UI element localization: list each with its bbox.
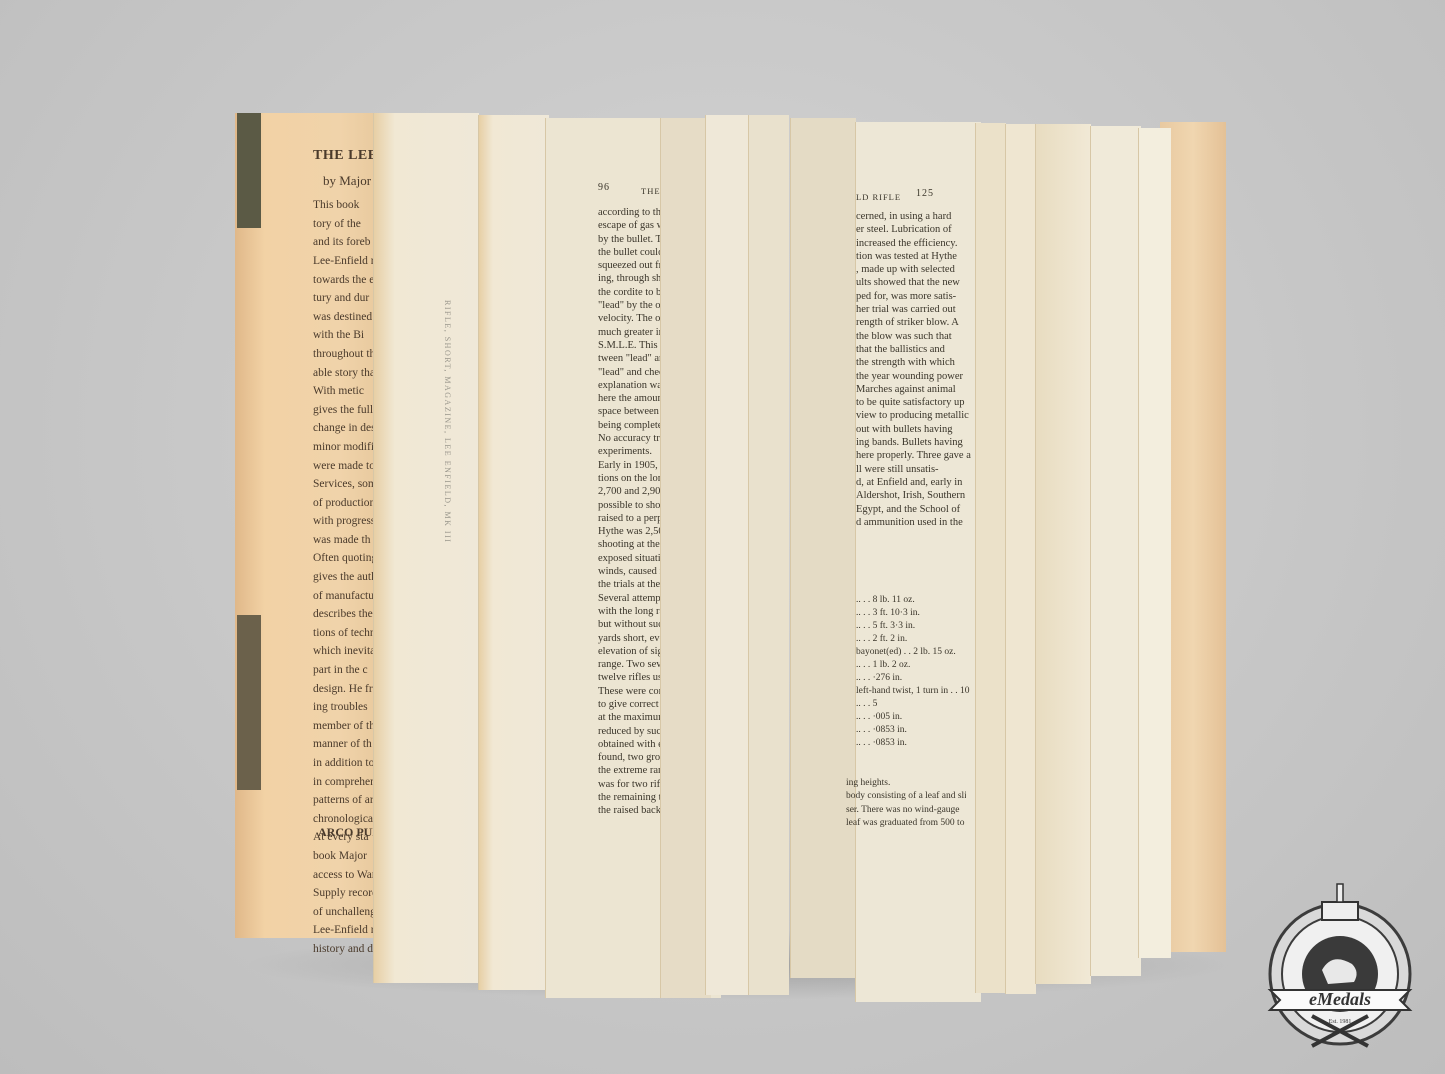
jacket-edge-dark-bottom <box>237 615 261 790</box>
text-line: d ammunition used in the <box>856 516 971 529</box>
spec-table: .. . . 8 lb. 11 oz... . . 3 ft. 10·3 in.… <box>856 594 971 774</box>
page-stack-right-1 <box>975 123 1006 993</box>
text-line: .. . . ·276 in. <box>856 672 971 685</box>
text-line: tion was tested at Hythe <box>856 250 971 263</box>
right-page-text: cerned, in using a harder steel. Lubrica… <box>856 210 971 555</box>
right-page: LD RIFLE 125 cerned, in using a harder s… <box>855 122 981 1002</box>
endpaper-left <box>373 113 479 983</box>
page-stack-right-3 <box>1035 124 1091 984</box>
text-line: out with bullets having <box>856 423 971 436</box>
text-line: .. . . 5 <box>856 698 971 711</box>
page-stack-left <box>478 115 549 990</box>
page-stack-right-5 <box>1138 128 1171 958</box>
text-line: the year wounding power <box>856 370 971 383</box>
text-line: increased the efficiency. <box>856 237 971 250</box>
right-page-number: 125 <box>916 188 934 199</box>
text-line: .. . . ·005 in. <box>856 711 971 724</box>
text-line: Marches against animal <box>856 383 971 396</box>
text-line: , made up with selected <box>856 263 971 276</box>
text-line: .. . . 5 ft. 3·3 in. <box>856 620 971 633</box>
text-line: ser. There was no wind-gauge <box>846 804 966 817</box>
page-stack-right-4 <box>1090 126 1141 976</box>
text-line: the strength with which <box>856 356 971 369</box>
jacket-edge-dark-top <box>237 113 261 228</box>
emedals-logo: eMedals Est. 1981 <box>1252 878 1428 1054</box>
text-line: .. . . ·0853 in. <box>856 724 971 737</box>
text-line: ped for, was more satis- <box>856 290 971 303</box>
turning-page-3 <box>748 115 789 995</box>
spine-imprint: RIFLE, SHORT, MAGAZINE, LEE ENFIELD, MK … <box>443 300 452 543</box>
svg-text:Est. 1981: Est. 1981 <box>1329 1019 1352 1025</box>
text-line: rength of striker blow. A <box>856 316 971 329</box>
text-line: ults showed that the new <box>856 276 971 289</box>
text-line: to be quite satisfactory up <box>856 396 971 409</box>
text-line: the blow was such that <box>856 330 971 343</box>
right-page-bottom-text: ing heights.body consisting of a leaf an… <box>846 777 966 837</box>
text-line: that the ballistics and <box>856 343 971 356</box>
text-line: Egypt, and the School of <box>856 503 971 516</box>
text-line: .. . . 8 lb. 11 oz. <box>856 594 971 607</box>
text-line: er steel. Lubrication of <box>856 223 971 236</box>
text-line: body consisting of a leaf and slide, <box>846 790 966 803</box>
turning-page-1 <box>660 118 711 998</box>
text-line: ll were still unsatis- <box>856 463 971 476</box>
left-page-number: 96 <box>598 182 610 193</box>
text-line: .. . . 1 lb. 2 oz. <box>856 659 971 672</box>
text-line: view to producing metallic <box>856 409 971 422</box>
text-line: ing heights. <box>846 777 966 790</box>
text-line: leaf was graduated from 500 to <box>846 817 966 830</box>
text-line: left-hand twist, 1 turn in . . 10 in. <box>856 685 971 698</box>
text-line: ing bands. Bullets having <box>856 436 971 449</box>
text-line: .. . . ·0853 in. <box>856 737 971 750</box>
svg-text:eMedals: eMedals <box>1309 989 1371 1009</box>
text-line: bayonet(ed) . . 2 lb. 15 oz. <box>856 646 971 659</box>
page-stack-right-2 <box>1005 124 1036 994</box>
text-line: cerned, in using a hard <box>856 210 971 223</box>
right-running-head: LD RIFLE <box>856 192 901 202</box>
text-line: here properly. Three gave a <box>856 449 971 462</box>
text-line: d, at Enfield and, early in <box>856 476 971 489</box>
text-line: .. . . 3 ft. 10·3 in. <box>856 607 971 620</box>
turning-page-2 <box>705 115 751 995</box>
text-line: Aldershot, Irish, Southern <box>856 489 971 502</box>
text-line: .. . . 2 ft. 2 in. <box>856 633 971 646</box>
turning-page-4 <box>790 118 856 978</box>
text-line: her trial was carried out <box>856 303 971 316</box>
